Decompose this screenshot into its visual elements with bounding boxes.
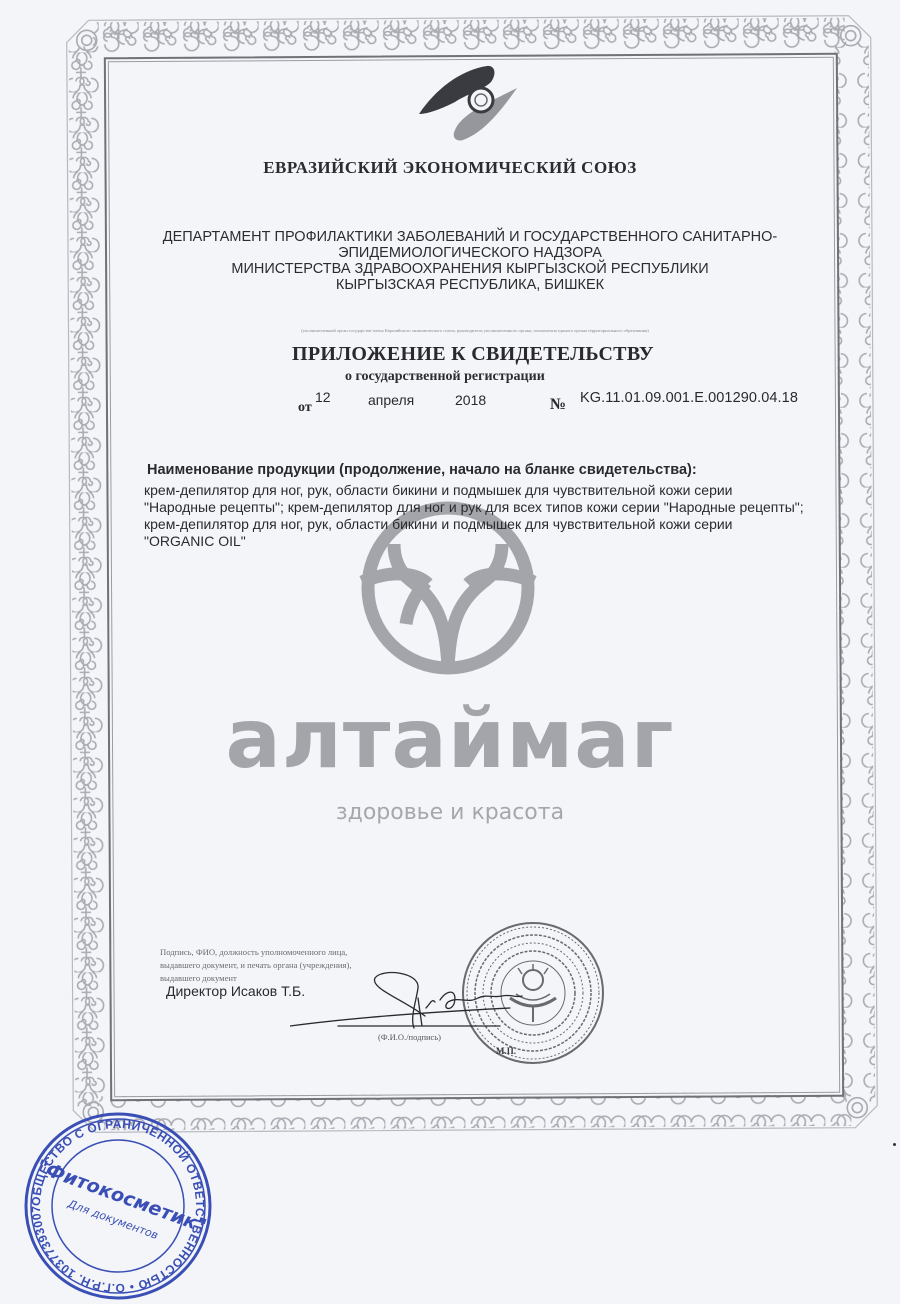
date-month: апреля [368,392,414,408]
scan-speck [893,1143,896,1146]
handwritten-signature [290,968,530,1038]
annex-title: ПРИЛОЖЕНИЕ К СВИДЕТЕЛЬСТВУ [292,343,654,366]
product-description: крем-депилятор для ног, рук, области бик… [144,482,804,550]
department-line: ЭПИДЕМИОЛОГИЧЕСКОГО НАДЗОРА [130,245,810,261]
department-block: ДЕПАРТАМЕНТ ПРОФИЛАКТИКИ ЗАБОЛЕВАНИЙ И Г… [130,229,810,293]
eaeu-emblem-icon [405,60,525,150]
signatory-name: Директор Исаков Т.Б. [166,983,305,999]
date-year: 2018 [455,392,486,408]
department-line: КЫРГЫЗСКАЯ РЕСПУБЛИКА, БИШКЕК [130,277,810,293]
product-heading: Наименование продукции (продолжение, нач… [147,462,697,478]
department-line: ДЕПАРТАМЕНТ ПРОФИЛАКТИКИ ЗАБОЛЕВАНИЙ И Г… [130,229,810,245]
date-prefix: от [298,400,312,416]
signature-caption-line: Подпись, ФИО, должность уполномоченного … [160,946,420,959]
fio-caption: (Ф.И.О./подпись) [378,1032,441,1042]
seal-mark: М.П. [496,1046,516,1056]
authority-caption: (уполномоченный орган государства-члена … [160,328,790,333]
company-stamp: ОБЩЕСТВО С ОГРАНИЧЕННОЙ ОТВЕТСТВЕННОСТЬЮ… [18,1110,218,1302]
watermark-brand: алтаймаг [0,690,900,790]
union-title: ЕВРАЗИЙСКИЙ ЭКОНОМИЧЕСКИЙ СОЮЗ [0,158,900,178]
number-sign: № [550,396,566,414]
registration-number: KG.11.01.09.001.E.001290.04.18 [580,390,798,406]
watermark-tagline: здоровье и красота [0,800,900,825]
annex-subtitle: о государственной регистрации [345,369,545,385]
department-line: МИНИСТЕРСТВА ЗДРАВООХРАНЕНИЯ КЫРГЫЗСКОЙ … [130,261,810,277]
date-day: 12 [315,389,331,405]
